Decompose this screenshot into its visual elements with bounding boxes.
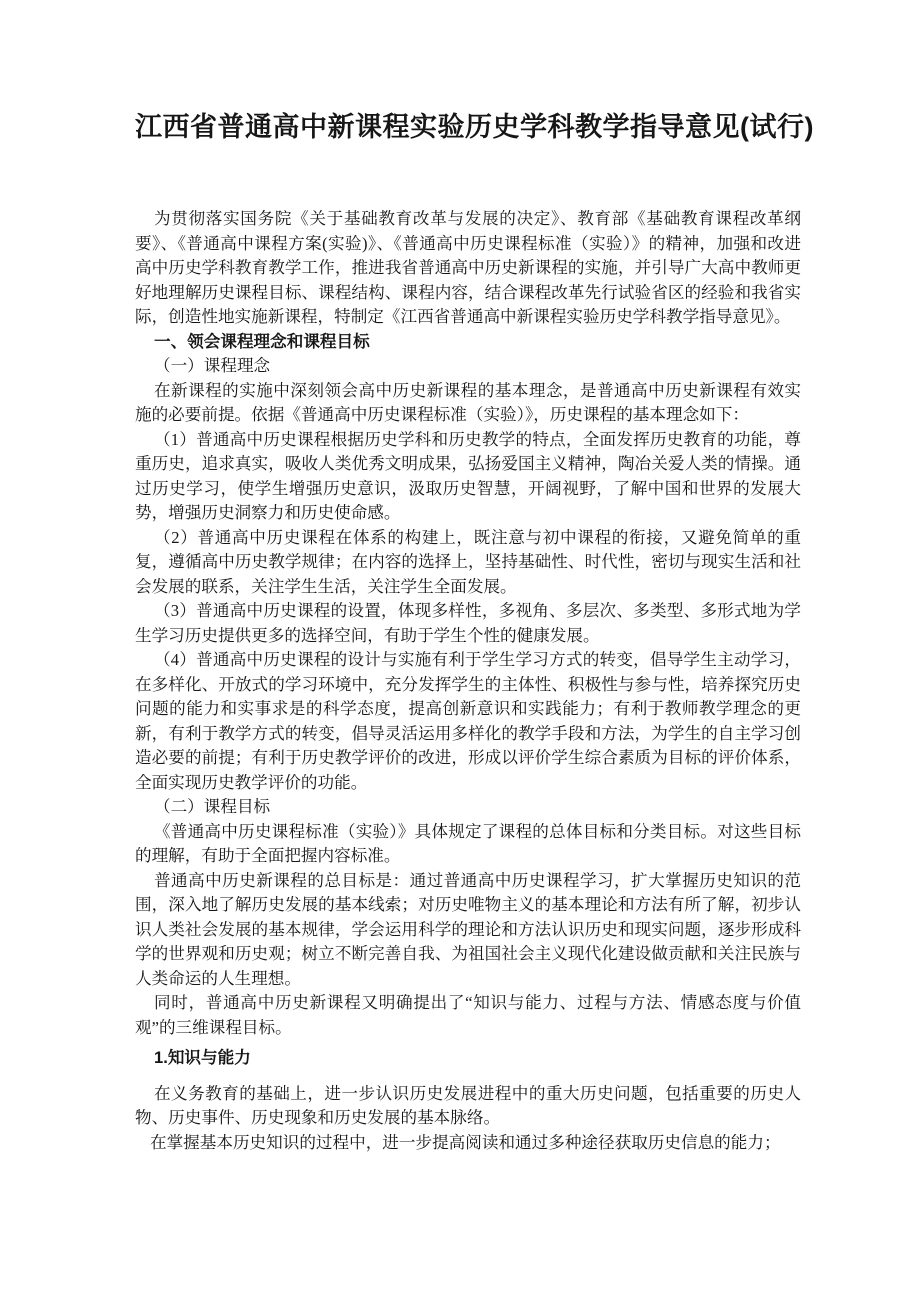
paragraph-overall-goal: 普通高中历史新课程的总目标是：通过普通高中历史课程学习，扩大掌握历史知识的范围，… [135,869,801,992]
paragraph-concept-item-2: （2）普通高中历史课程在体系的构建上，既注意与初中课程的衔接，又避免简单的重复，… [135,526,801,600]
paragraph-knowledge-basis: 在义务教育的基础上，进一步认识历史发展进程中的重大历史问题，包括重要的历史人物、… [135,1082,801,1131]
section-heading-course-concepts-and-goals: 一、领会课程理念和课程目标 [135,330,801,355]
paragraph-intro: 为贯彻落实国务院《关于基础教育改革与发展的决定》、教育部《基础教育课程改革纲要》… [135,207,801,330]
paragraph-concept-intro: 在新课程的实施中深刻领会高中历史新课程的基本理念，是普通高中历史新课程有效实施的… [135,379,801,428]
paragraph-three-dimensional-goals: 同时，普通高中历史新课程又明确提出了“知识与能力、过程与方法、情感态度与价值观”… [135,991,801,1040]
subsection-label-course-goals: （二）课程目标 [135,795,801,820]
paragraph-goals-intro: 《普通高中历史课程标准（实验）》具体规定了课程的总体目标和分类目标。对这些目标的… [135,820,801,869]
document-title: 江西省普通高中新课程实验历史学科教学指导意见(试行) [135,105,801,149]
paragraph-information-ability: 在掌握基本历史知识的过程中，进一步提高阅读和通过多种途径获取历史信息的能力； [135,1131,801,1156]
paragraph-concept-item-1: （1）普通高中历史课程根据历史学科和历史教学的特点，全面发挥历史教育的功能，尊重… [135,428,801,526]
sub-heading-knowledge-and-ability: 1.知识与能力 [135,1046,801,1071]
subsection-label-course-concept: （一）课程理念 [135,354,801,379]
document-page: 江西省普通高中新课程实验历史学科教学指导意见(试行) 为贯彻落实国务院《关于基础… [0,0,920,1302]
paragraph-concept-item-3: （3）普通高中历史课程的设置，体现多样性，多视角、多层次、多类型、多形式地为学生… [135,599,801,648]
paragraph-concept-item-4: （4）普通高中历史课程的设计与实施有利于学生学习方式的转变，倡导学生主动学习，在… [135,648,801,795]
document-content: 江西省普通高中新课程实验历史学科教学指导意见(试行) 为贯彻落实国务院《关于基础… [135,105,801,1155]
